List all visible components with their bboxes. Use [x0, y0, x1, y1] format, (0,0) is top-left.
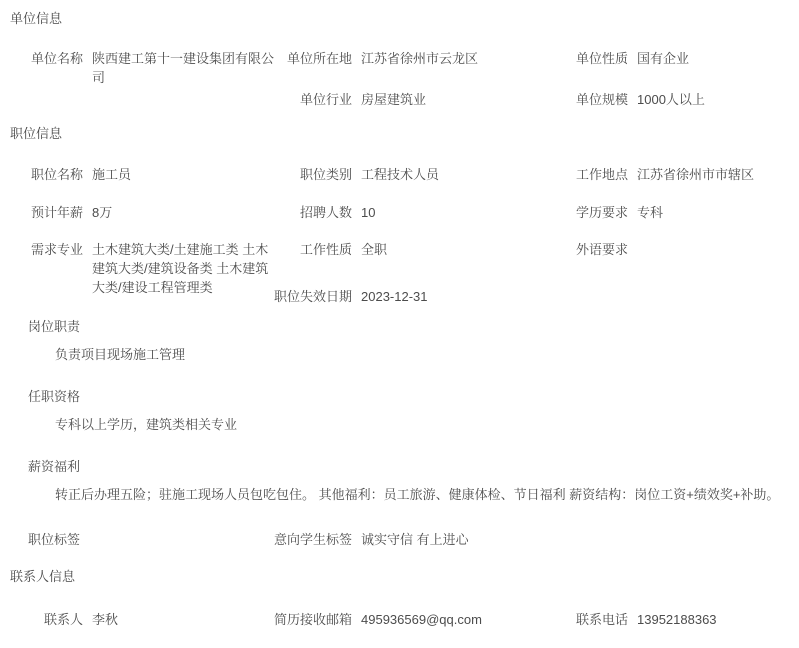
contact-email-label: 简历接收邮箱	[240, 610, 352, 629]
company-location-label: 单位所在地	[240, 49, 352, 68]
education-value: 专科	[637, 203, 799, 222]
subsection-title-benefits: 薪资福利	[28, 457, 80, 476]
section-title-contact: 联系人信息	[10, 567, 75, 586]
section-title-position: 职位信息	[10, 124, 62, 143]
subsection-title-qualification: 任职资格	[28, 387, 80, 406]
position-category-label: 职位类别	[240, 165, 352, 184]
company-nature-value: 国有企业	[637, 49, 799, 68]
field-expire-date: 职位失效日期 2023-12-31	[240, 287, 566, 306]
foreign-language-label: 外语要求	[520, 240, 628, 259]
field-contact-phone: 联系电话 13952188363	[520, 610, 799, 629]
duty-content: 负责项目现场施工管理	[55, 345, 185, 364]
field-company-industry: 单位行业 房屋建筑业	[240, 90, 566, 109]
work-place-value: 江苏省徐州市市辖区	[637, 165, 799, 184]
expire-date-value: 2023-12-31	[361, 287, 566, 306]
field-foreign-language: 外语要求	[520, 240, 799, 259]
field-education: 学历要求 专科	[520, 203, 799, 222]
contact-phone-label: 联系电话	[520, 610, 628, 629]
field-contact-email: 简历接收邮箱 495936569@qq.com	[240, 610, 566, 629]
headcount-label: 招聘人数	[240, 203, 352, 222]
student-tags-value: 诚实守信 有上进心	[361, 530, 566, 549]
field-company-scale: 单位规模 1000人以上	[520, 90, 799, 109]
majors-label: 需求专业	[28, 240, 83, 259]
work-place-label: 工作地点	[520, 165, 628, 184]
subsection-title-tags: 职位标签	[28, 530, 80, 549]
company-scale-label: 单位规模	[520, 90, 628, 109]
work-type-label: 工作性质	[240, 240, 352, 259]
expire-date-label: 职位失效日期	[240, 287, 352, 306]
job-detail-page: 单位信息 单位名称 陕西建工第十一建设集团有限公司 单位所在地 江苏省徐州市云龙…	[0, 0, 799, 648]
position-name-label: 职位名称	[28, 165, 83, 184]
field-company-location: 单位所在地 江苏省徐州市云龙区	[240, 49, 566, 68]
benefits-content: 转正后办理五险；驻施工现场人员包吃包住。 其他福利：员工旅游、健康体检、节日福利…	[55, 485, 790, 504]
contact-phone-value: 13952188363	[637, 610, 799, 629]
qualification-content: 专科以上学历，建筑类相关专业	[55, 415, 237, 434]
field-company-nature: 单位性质 国有企业	[520, 49, 799, 68]
student-tags-label: 意向学生标签	[240, 530, 352, 549]
field-work-type: 工作性质 全职	[240, 240, 566, 259]
contact-person-label: 联系人	[28, 610, 83, 629]
education-label: 学历要求	[520, 203, 628, 222]
section-title-company: 单位信息	[10, 9, 62, 28]
field-headcount: 招聘人数 10	[240, 203, 566, 222]
field-work-place: 工作地点 江苏省徐州市市辖区	[520, 165, 799, 184]
salary-label: 预计年薪	[28, 203, 83, 222]
field-position-category: 职位类别 工程技术人员	[240, 165, 566, 184]
company-nature-label: 单位性质	[520, 49, 628, 68]
company-scale-value: 1000人以上	[637, 90, 799, 109]
subsection-title-duty: 岗位职责	[28, 317, 80, 336]
company-industry-label: 单位行业	[240, 90, 352, 109]
company-name-label: 单位名称	[28, 49, 83, 68]
field-student-tags: 意向学生标签 诚实守信 有上进心	[240, 530, 566, 549]
